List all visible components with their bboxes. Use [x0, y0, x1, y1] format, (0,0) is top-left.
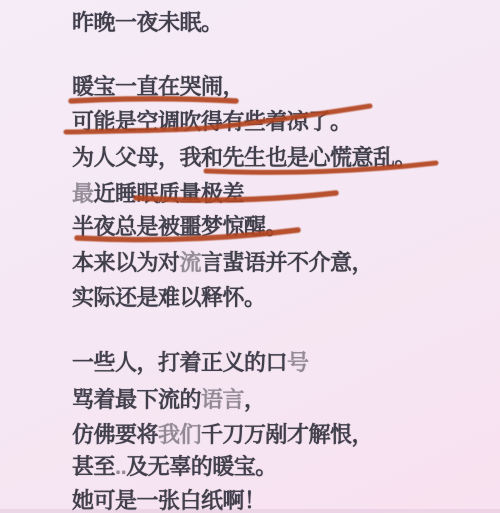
text-run: 骂着最下流的 — [72, 387, 201, 412]
post-text-screenshot: 昨晚一夜未眠。 暖宝一直在哭闹， 可能是空调吹得有些着凉了。 为人父母，我和先生… — [0, 0, 500, 513]
text-line-1: 昨晚一夜未眠。 — [72, 6, 223, 33]
text-line-5: 最近睡眠质量极差 — [72, 177, 244, 204]
text-run: ， — [244, 387, 266, 412]
text-run: 暖宝一直在哭闹， — [72, 74, 244, 99]
text-run: 言蜚语并不介意， — [201, 250, 373, 275]
text-line-2: 暖宝一直在哭闹， — [72, 70, 244, 97]
text-run: 甚至 — [72, 454, 115, 479]
text-run: .. — [115, 454, 126, 479]
text-run: 一些人，打着正义的口 — [72, 350, 287, 375]
text-run: 昨晚一夜未眠。 — [72, 10, 223, 35]
text-run: 仿佛要将 — [72, 422, 158, 447]
text-line-13: 她可是一张白纸啊！ — [72, 484, 266, 511]
text-run: 为人父母，我和先生也是心慌意乱。 — [72, 145, 416, 170]
text-run: 千刀万剐才解恨， — [201, 422, 373, 447]
red-underline-crying-line — [71, 99, 236, 101]
text-run: 最 — [72, 181, 94, 206]
text-run: 及无辜的暖宝。 — [126, 454, 277, 479]
text-run: 近睡眠质量极差 — [94, 181, 245, 206]
text-run: 她可是一张白纸啊！ — [72, 488, 266, 513]
text-run: 可能是空调吹得有些着凉了。 — [72, 109, 352, 134]
text-line-10: 骂着最下流的语言， — [72, 383, 266, 410]
text-run: 我们 — [158, 422, 201, 447]
text-run: 号 — [287, 350, 309, 375]
text-line-9: 一些人，打着正义的口号 — [72, 346, 309, 373]
text-line-8: 实际还是难以释怀。 — [72, 281, 266, 308]
text-run: 语言 — [201, 387, 244, 412]
text-run: 流 — [180, 250, 202, 275]
text-line-12: 甚至..及无辜的暖宝。 — [72, 450, 277, 477]
text-line-6: 半夜总是被噩梦惊醒。 — [72, 210, 287, 237]
text-run: 本来以为对 — [72, 250, 180, 275]
text-run: 半夜总是被噩梦惊醒。 — [72, 214, 287, 239]
text-line-3: 可能是空调吹得有些着凉了。 — [72, 105, 352, 132]
text-line-11: 仿佛要将我们千刀万剐才解恨， — [72, 418, 373, 445]
text-run: 实际还是难以释怀。 — [72, 285, 266, 310]
text-line-7: 本来以为对流言蜚语并不介意， — [72, 246, 373, 273]
text-line-4: 为人父母，我和先生也是心慌意乱。 — [72, 141, 416, 168]
